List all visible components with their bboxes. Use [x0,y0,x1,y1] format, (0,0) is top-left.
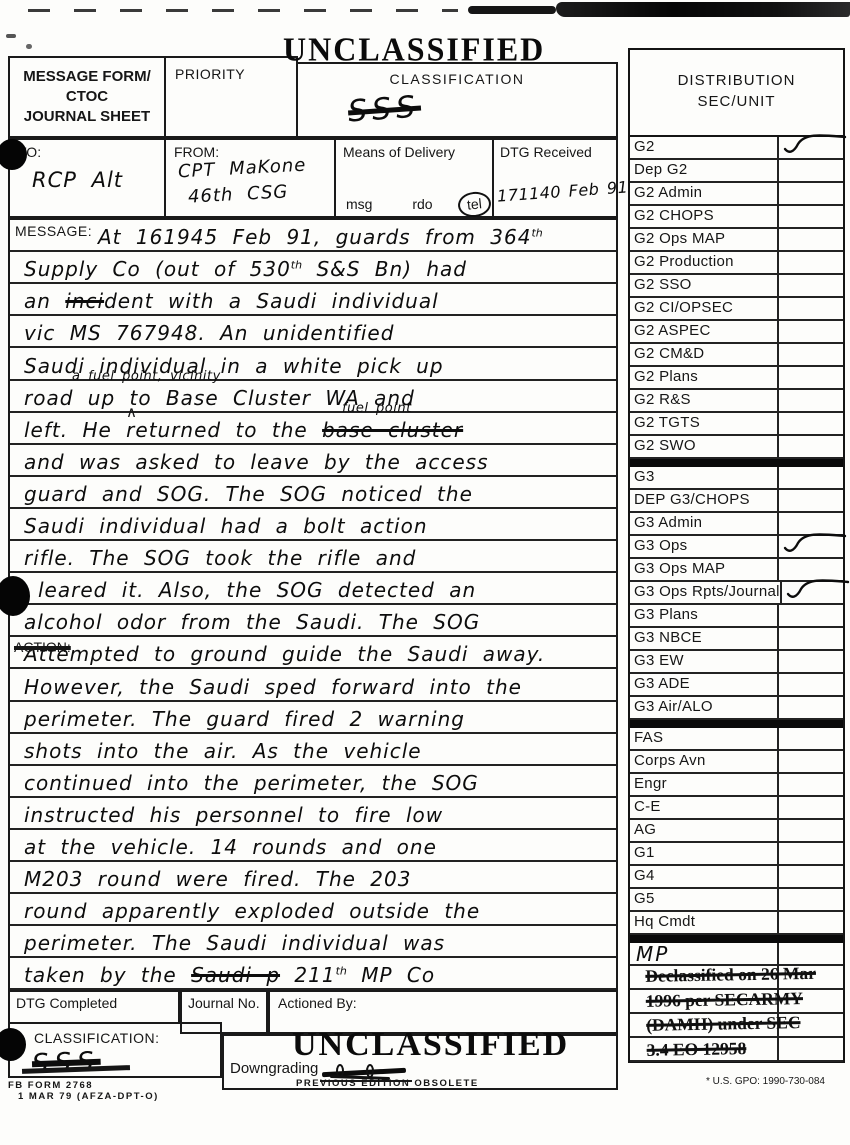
ruled-line [10,571,616,573]
distribution-row: G2 CHOPS [630,206,843,229]
message-line: guard and SOG. The SOG noticed the [24,482,473,506]
distribution-row-label: G2 R&S [630,390,779,411]
form-title-line: JOURNAL SHEET [10,107,164,127]
message-line: leared it. Also, the SOG detected an [38,578,476,602]
distribution-row-label: G3 Air/ALO [630,697,779,718]
distribution-row: G2 ASPEC [630,321,843,344]
dtg-completed-label: DTG Completed [10,992,178,1011]
distribution-row: G2 TGTS [630,413,843,436]
message-line: rifle. The SOG took the rifle and [24,546,416,570]
distribution-row: Dep G2 [630,160,843,183]
message-box: MESSAGE: ACTION: At 161945 Feb 91, guard… [8,218,618,990]
check-mark-icon [781,131,850,157]
dtg-received-cell: DTG Received 171140 Feb 91 [492,138,618,218]
dtg-received-value: 171140 Feb 91 [496,177,628,205]
form-title-cell: MESSAGE FORM/ CTOC JOURNAL SHEET [8,56,166,138]
action-label-struck: ACTION: [14,639,71,655]
distribution-row-label: G3 EW [630,651,779,672]
to-cell: TO: RCP Alt [8,138,166,218]
ruled-line [10,443,616,445]
distribution-row: Corps Avn [630,751,843,774]
distribution-row: G3 ADE [630,674,843,697]
distribution-row-label: G2 Production [630,252,779,273]
distribution-check-cell [779,697,843,718]
message-line: perimeter. The Saudi individual was [24,931,445,955]
distribution-row-label: G2 Ops MAP [630,229,779,250]
classification-bottom-label: CLASSIFICATION: [10,1024,220,1046]
distribution-row-label: Corps Avn [630,751,779,772]
delivery-option: msg [346,196,372,212]
ruled-line [10,732,616,734]
means-of-delivery-cell: Means of Delivery msg rdo tel [334,138,494,218]
ruled-line [10,796,616,798]
distribution-check-cell [779,605,843,626]
inserted-text: fuel point [342,401,412,416]
distribution-check-cell [779,252,843,273]
check-mark-icon [784,576,850,602]
distribution-rows: G2Dep G2G2 AdminG2 CHOPSG2 Ops MAPG2 Pro… [630,137,843,1062]
distribution-check-cell [779,467,843,488]
actioned-by-label: Actioned By: [270,992,616,1011]
message-line: perimeter. The guard fired 2 warning [24,707,465,731]
ruled-line [10,956,616,958]
distribution-check-cell [782,582,843,603]
message-line: at the vehicle. 14 rounds and one [24,835,437,859]
distribution-row: G2 Plans [630,367,843,390]
priority-cell: PRIORITY [164,56,298,138]
distribution-row: G1 [630,843,843,866]
distribution-check-cell [779,436,843,457]
dtg-received-label: DTG Received [494,140,616,160]
distribution-row-label: FAS [630,728,779,749]
ruled-line [10,539,616,541]
distribution-row: G3 EW [630,651,843,674]
distribution-check-cell [779,843,843,864]
scan-artifact-dashes [28,9,458,12]
distribution-header-line: DISTRIBUTION [630,70,843,91]
distribution-row-label: Hq Cmdt [630,912,779,933]
distribution-check-cell [779,160,843,181]
distribution-check-cell [779,206,843,227]
distribution-check-cell [779,344,843,365]
to-value: RCP Alt [32,168,123,192]
inserted-text: a fuel point, vicinity [72,369,221,384]
classification-value-struck: SSS [347,89,422,129]
distribution-row: G3 Plans [630,605,843,628]
message-line: an incident with a Saudi individual [24,289,439,313]
distribution-check-cell [779,889,843,910]
journal-no-label: Journal No. [182,992,266,1011]
distribution-row: AG [630,820,843,843]
distribution-row-label: G1 [630,843,779,864]
distribution-check-cell [779,674,843,695]
distribution-row: G5 [630,889,843,912]
distribution-check-cell [779,651,843,672]
delivery-option: tel [457,190,492,218]
form-number-line1: FB FORM 2768 [8,1080,159,1091]
distribution-check-cell [779,820,843,841]
ruled-line [10,764,616,766]
distribution-row: C-E [630,797,843,820]
distribution-row-label: Engr [630,774,779,795]
distribution-check-cell [779,390,843,411]
message-line: instructed his personnel to fire low [24,803,443,827]
distribution-row: Engr [630,774,843,797]
distribution-row-label: G2 SWO [630,436,779,457]
distribution-row: G2 SWO [630,436,843,459]
message-line: However, the Saudi sped forward into the [24,675,522,699]
ruled-line [10,892,616,894]
previous-edition-note: PREVIOUS EDITION OBSOLETE [296,1078,479,1089]
ruled-line [10,828,616,830]
distribution-check-cell [779,413,843,434]
form-number-line2: 1 MAR 79 (AFZA-DPT-O) [8,1091,159,1102]
distribution-row: Hq Cmdt [630,912,843,935]
message-line: M203 round were fired. The 203 [24,867,411,891]
unclassified-stamp-bottom: UNCLASSIFIED [292,1026,569,1064]
message-line: round apparently exploded outside the [24,899,480,923]
distribution-row: G2 Ops MAP [630,229,843,252]
distribution-check-cell [779,321,843,342]
distribution-row-label: G2 SSO [630,275,779,296]
distribution-row-label: G3 [630,467,779,488]
distribution-check-cell [779,912,843,933]
distribution-row-label: Dep G2 [630,160,779,181]
ruled-line [10,475,616,477]
ruled-line [10,603,616,605]
gpo-note: * U.S. GPO: 1990-730-084 [706,1076,825,1087]
distribution-row-label: G3 Plans [630,605,779,626]
distribution-header-line: SEC/UNIT [630,91,843,112]
declassified-stamp-line: Declassified on 26 Mar [645,960,850,988]
distribution-check-cell [779,275,843,296]
message-line: alcohol odor from the Saudi. The SOG [24,610,480,634]
ruled-line [10,346,616,348]
message-line: shots into the air. As the vehicle [24,739,422,763]
distribution-row-label: G3 Ops [630,536,779,557]
classification-cell: CLASSIFICATION SSS [296,62,618,138]
distribution-row-label: G5 [630,889,779,910]
distribution-row-label: C-E [630,797,779,818]
ruled-line [10,860,616,862]
message-line: Attempted to ground guide the Saudi away… [24,642,545,666]
distribution-row-label: G3 NBCE [630,628,779,649]
distribution-row: G3 Ops Rpts/Journal [630,582,843,605]
distribution-row-label: G4 [630,866,779,887]
distribution-row-label: G2 Plans [630,367,779,388]
message-line: vic MS 767948. An unidentified [24,321,394,345]
distribution-row: G2 Production [630,252,843,275]
distribution-row: G2 CM&D [630,344,843,367]
ruled-line [10,250,616,252]
distribution-row-label: G3 Ops Rpts/Journal [630,582,782,603]
ruled-line [10,635,616,637]
message-line: At 161945 Feb 91, guards from 364th [98,225,543,249]
means-of-delivery-label: Means of Delivery [336,140,492,160]
distribution-row-label: MP [630,943,779,964]
declassified-stamp-line: 1996 per SECARMY [646,985,850,1013]
distribution-row: FAS [630,728,843,751]
to-label: TO: [10,140,164,160]
message-line: Supply Co (out of 530th S&S Bn) had [24,257,467,281]
section-divider [630,720,843,728]
distribution-row: DEP G3/CHOPS [630,490,843,513]
message-line: left. He returned to the base cluster [24,418,463,442]
declassified-stamp: Declassified on 26 Mar1996 per SECARMY(D… [645,960,850,1062]
distribution-check-cell [779,298,843,319]
distribution-check-cell [779,866,843,887]
distribution-row: G4 [630,866,843,889]
distribution-row-label: G3 ADE [630,674,779,695]
distribution-check-cell [779,797,843,818]
distribution-row-label: G2 TGTS [630,413,779,434]
form-number-block: FB FORM 2768 1 MAR 79 (AFZA-DPT-O) [8,1080,159,1102]
ruled-line [10,700,616,702]
message-label: MESSAGE: [15,223,92,239]
scan-artifact-band [556,2,850,17]
form-title-line: CTOC [10,87,164,107]
distribution-row-label: AG [630,820,779,841]
distribution-row-label: G2 CHOPS [630,206,779,227]
form-title-line: MESSAGE FORM/ [10,67,164,87]
distribution-row-label: G2 CM&D [630,344,779,365]
message-line: taken by the Saudi p 211th MP Co [24,963,435,987]
ruled-line [10,314,616,316]
journal-sheet-page: UNCLASSIFIED MESSAGE FORM/ CTOC JOURNAL … [0,0,850,1145]
scan-artifact-bar [468,6,556,14]
declassified-stamp-line: (DAMH) under SEC [646,1009,850,1037]
unclassified-stamp-top: UNCLASSIFIED [283,30,545,69]
distribution-row: G3 Air/ALO [630,697,843,720]
classification-bottom-value-struck: SSS [31,1047,101,1079]
distribution-row: G3 Ops [630,536,843,559]
message-line: Saudi individual had a bolt action [24,514,428,538]
distribution-check-cell [779,774,843,795]
distribution-check-cell [779,229,843,250]
distribution-row-label: G2 Admin [630,183,779,204]
distribution-row: G2 Admin [630,183,843,206]
message-line: continued into the perimeter, the SOG [24,771,479,795]
distribution-row-label: G2 ASPEC [630,321,779,342]
distribution-row: G3 [630,467,843,490]
distribution-row: G3 NBCE [630,628,843,651]
distribution-check-cell [779,628,843,649]
from-value-line2: 46th CSG [188,181,289,207]
classification-bottom-cell: CLASSIFICATION: SSS [8,1022,222,1078]
delivery-option: rdo [412,196,432,212]
from-cell: FROM: CPT MaKone 46th CSG [164,138,336,218]
distribution-row-label: G3 Ops MAP [630,559,779,580]
ruled-line [10,924,616,926]
ruled-line [10,411,616,413]
distribution-check-cell [779,490,843,511]
message-line: and was asked to leave by the access [24,450,489,474]
ruled-line [10,507,616,509]
distribution-row: G2 SSO [630,275,843,298]
distribution-check-cell [779,137,843,158]
ruled-line [10,667,616,669]
distribution-check-cell [779,728,843,749]
distribution-row-label: G2 [630,137,779,158]
scan-artifact-speck2 [26,44,32,49]
distribution-header: DISTRIBUTION SEC/UNIT [630,50,843,137]
distribution-row: G2 [630,137,843,160]
distribution-check-cell [779,536,843,557]
ruled-line [10,282,616,284]
distribution-check-cell [779,751,843,772]
distribution-row-label: G3 Admin [630,513,779,534]
distribution-row-label: G2 CI/OPSEC [630,298,779,319]
section-divider [630,459,843,467]
scan-artifact-speck [6,34,16,38]
distribution-row-label: DEP G3/CHOPS [630,490,779,511]
priority-label: PRIORITY [166,58,296,82]
distribution-table: DISTRIBUTION SEC/UNIT G2Dep G2G2 AdminG2… [628,48,845,1063]
distribution-check-cell [779,367,843,388]
check-mark-icon [781,530,850,556]
distribution-row: G2 R&S [630,390,843,413]
distribution-check-cell [779,183,843,204]
distribution-row: G2 CI/OPSEC [630,298,843,321]
declassified-stamp-line: 3.4 EO 12958 [646,1034,850,1062]
dtg-completed-cell: DTG Completed [8,990,180,1022]
